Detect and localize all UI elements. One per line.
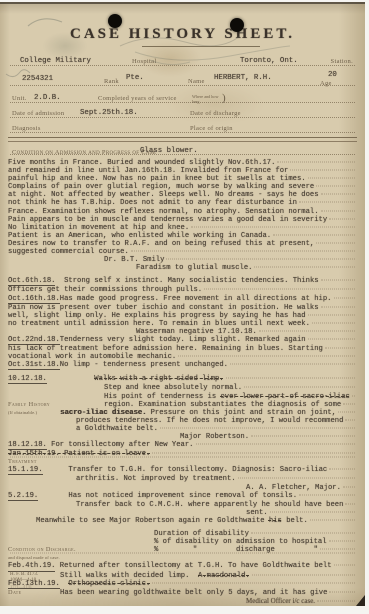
form-label: Condition on Discharge. (8, 546, 76, 554)
name-label: Name (188, 78, 205, 85)
case-note-line: produces tenderness. If he does not impr… (8, 417, 357, 425)
note-text: Transfer to T.G.H. for tonsillectomy. Di… (43, 466, 328, 474)
note-text: suggested commercial course. (8, 248, 129, 256)
note-text: Pain now is present over tuber ischio an… (8, 304, 319, 312)
unit-value: 2.D.B. (34, 94, 61, 102)
note-text: sacro-iliac disease. Pressure on this jo… (60, 409, 336, 417)
unit-row: Unit. 2.D.B. Completed years of service … (10, 88, 355, 105)
note-text: sent. (246, 509, 268, 517)
age-label: Age (320, 80, 332, 87)
note-text: Major Robertson. (180, 433, 249, 441)
case-note-line: Officers get their commissions through p… (8, 286, 357, 294)
note-text: arthritis. Not improved by treatment. (76, 475, 236, 483)
note-text: For tonsillectomy after New Year. (47, 441, 194, 449)
case-note-line: Wasserman negative 17.10.18. (8, 328, 357, 336)
note-date: Feb.4th.19. (8, 562, 55, 571)
case-note-line: his lack of treatment before admission h… (8, 345, 357, 353)
case-note-line: No limitation in movement at hip and kne… (8, 224, 357, 232)
note-text: produces tenderness. If he does not impr… (76, 417, 343, 425)
note-text: His point of tenderness is over lower pa… (104, 393, 350, 401)
hospital-row: College Military Hospital Toronto, Ont. … (10, 50, 355, 68)
case-history-sheet-page: CASE HISTORY SHEET. College Military Hos… (0, 2, 365, 606)
case-note-line: Step and knee absolutely normal. (8, 384, 357, 392)
section-divider (8, 137, 357, 142)
case-note-line: sent. (8, 509, 357, 517)
note-text: Five months in France. Buried and wounde… (8, 159, 275, 167)
case-note-line: A. A. Fletcher, Major. (8, 484, 357, 492)
hospital-label: Hospital (132, 58, 156, 65)
note-date: 15.1.19. (8, 466, 43, 475)
note-text: a Goldthwaite belt. (76, 425, 158, 433)
case-note-line: Feb.13th.19. Orthopaedic clinic. (8, 580, 357, 589)
note-text: Officers get their commissions through p… (8, 286, 202, 294)
unit-label: Unit. (12, 95, 27, 102)
note-text: not think he has T.B.hip. Does not admit… (8, 199, 297, 207)
form-label: Date (8, 589, 21, 597)
case-note-line: Still walks with decided limp. A.macdona… (8, 572, 357, 580)
note-date: Oct.31st.18. (8, 361, 60, 370)
note-text: Tenderness very slight today. Limp sligh… (60, 336, 306, 344)
diagnosis-label: Diagnosis (12, 125, 41, 132)
note-text: Pain appears to be in muscle and tendern… (8, 216, 327, 224)
case-note-line: % of disability on admission to hospital (8, 538, 357, 546)
note-text: No limitation in movement at hip and kne… (8, 224, 189, 232)
case-note-line: Meanwhile to see Major Robertson again r… (8, 517, 357, 525)
note-date: Oct.16th.18. (8, 295, 60, 304)
note-text: % of disability on admission to hospital (154, 538, 327, 546)
case-note-line: (If obtainable.) sacro-iliac disease. Pr… (8, 409, 357, 417)
occupation-value: Glass blower. (140, 147, 198, 155)
form-number-block: H. F. B. 4173. 100M—4-18. 1771—4141 (10, 572, 38, 590)
note-text: region. Examination substantiates the di… (104, 401, 341, 409)
screenshot-root: { "title": "CASE HISTORY SHEET.", "heade… (0, 0, 369, 614)
form-label: Treatment (8, 458, 37, 466)
case-note-line: Feb.4th.19. Returned after tonsillectomy… (8, 562, 357, 571)
page-title: CASE HISTORY SHEET. (8, 26, 357, 43)
note-text: and remained in line until Jan.16th.18. … (8, 167, 288, 175)
note-text: Dr. B.T. Smily (104, 256, 164, 264)
service-note: Where and how long (192, 95, 222, 104)
station-label: Station. (331, 58, 353, 65)
note-text: No limp - tenderness present unchanged. (60, 361, 228, 369)
case-note-line: Desires now to transfer to R.A.F. and on… (8, 240, 357, 248)
note-text: Desires now to transfer to R.A.F. and on… (8, 240, 314, 248)
note-text: his lack of treatment before admission h… (8, 345, 323, 353)
case-note-line: no treatment until admission here. To re… (8, 320, 357, 328)
service-label: Completed years of service (98, 95, 177, 102)
note-text: well, slight limp only. He explains his … (8, 312, 306, 320)
case-note-line: Oct.16th.18. Has made good progress. Fre… (8, 295, 357, 304)
case-note-line: Pain appears to be in muscle and tendern… (8, 216, 357, 224)
origin-label: Place of origin (190, 125, 233, 132)
form-label: (If obtainable.) (8, 409, 37, 417)
admission-row: Date of admission Sept.25th.18. Date of … (10, 105, 355, 120)
corner-mark (356, 595, 365, 606)
title-underline (142, 46, 260, 47)
case-note-line: not think he has T.B.hip. Does not admit… (8, 199, 357, 207)
case-note-line: Five months in France. Buried and wounde… (8, 159, 357, 167)
admission-value: Sept.25th.18. (80, 109, 138, 117)
service-brace: ) (222, 92, 226, 104)
note-text: Still walks with decided limp. A.macdona… (60, 572, 250, 580)
case-note-line: Transfer back to C.M.C.H. where apparent… (8, 501, 357, 509)
case-note-line: Major Robertson. (8, 433, 357, 441)
note-text: Meanwhile to see Major Robertson again r… (36, 517, 308, 525)
note-text: Has made good progress. Free movement in… (60, 295, 332, 303)
case-note-line: Pain now is present over tuber ischio an… (8, 304, 357, 312)
hospital-value: College Military (20, 57, 91, 65)
note-text: Wasserman negative 17.10.18. (136, 328, 257, 336)
case-note-line: and remained in line until Jan.16th.18. … (8, 167, 357, 175)
note-text: Patient is an American, who enlisted whi… (8, 232, 271, 240)
condition-label: Condition on Admission and Progress of C… (12, 149, 156, 156)
case-note-line: Medical Officer i/c case. (8, 597, 357, 605)
note-text: Has been wearing goldthwaite belt only 5… (60, 589, 327, 597)
note-date: 10.12.18. (8, 375, 47, 384)
note-text: Orthopaedic clinic. (60, 580, 151, 588)
note-text: Step and knee absolutely normal. (104, 384, 242, 392)
note-date: 5.2.19. (8, 492, 38, 501)
note-text: no treatment until admission here. To re… (8, 320, 310, 328)
note-text: Returned after tonsillectomy at T.G.H. T… (55, 562, 331, 570)
note-text: Strong self x instinct. Many socialistic… (55, 277, 318, 285)
form-label: and disposal made of case. (8, 554, 60, 562)
form-label: Family History (8, 401, 50, 409)
progress-notes: Five months in France. Buried and wounde… (8, 159, 357, 605)
admission-label: Date of admission (12, 110, 64, 117)
age-value: 20 (328, 71, 337, 79)
condition-row: Condition on Admission and Progress of C… (10, 144, 355, 157)
note-text: Faradism to glutial muscle. (136, 264, 252, 272)
case-note-line: Duration of disability (8, 530, 357, 538)
case-note-line: well, slight limp only. He explains his … (8, 312, 357, 320)
case-note-line: Faradism to glutial muscle. (8, 264, 357, 272)
diagnosis-row: Diagnosis Place of origin (10, 120, 355, 135)
note-text: Transfer back to C.M.C.H. where apparent… (76, 501, 343, 509)
note-date: Oct.22nd.18. (8, 336, 60, 345)
discharge-label: Date of discharge (190, 110, 241, 117)
punch-hole-left (108, 14, 122, 28)
case-note-line: Oct.31st.18. No limp - tenderness presen… (8, 361, 357, 370)
case-note-line: His point of tenderness is over lower pa… (8, 393, 357, 401)
note-text: France. Examination shows reflexes norma… (8, 208, 319, 216)
case-note-line: Patient is an American, who enlisted whi… (8, 232, 357, 240)
case-note-line: Dr. B.T. Smily (8, 256, 357, 264)
identity-row: 2254321 Rank Pte. Name HERBERT, R.H. 20 … (10, 68, 355, 88)
station-value: Toronto, Ont. (240, 57, 298, 65)
case-note-line: France. Examination shows reflexes norma… (8, 208, 357, 216)
case-note-line: arthritis. Not improved by treatment. (8, 475, 357, 483)
case-note-line: Family History region. Examination subst… (8, 401, 357, 409)
case-note-line: Date Has been wearing goldthwaite belt o… (8, 589, 357, 597)
note-text: A. A. Fletcher, Major. (246, 484, 341, 492)
case-note-line: suggested commercial course. (8, 248, 357, 256)
case-note-line: Oct.22nd.18. Tenderness very slight toda… (8, 336, 357, 345)
note-text: Medical Officer i/c case. (246, 597, 315, 605)
note-text: Duration of disability (154, 530, 249, 538)
name-value: HERBERT, R.H. (214, 74, 272, 82)
case-note-line: 18.12.18. For tonsillectomy after New Ye… (8, 441, 357, 450)
note-text: Walks with a right sided limp. (47, 375, 224, 383)
form-content: CASE HISTORY SHEET. College Military Hos… (0, 4, 365, 605)
note-date: 18.12.18. (8, 441, 47, 450)
rank-value: Pte. (126, 74, 144, 82)
case-note-line: 5.2.19. Has not noticed improvement sinc… (8, 492, 357, 501)
rank-label: Rank (104, 78, 119, 85)
regimental-number: 2254321 (22, 75, 53, 83)
punch-hole-right (230, 18, 244, 32)
note-text: Has not noticed improvement since remova… (38, 492, 297, 500)
case-note-line: a Goldthwaite belt. (8, 425, 357, 433)
